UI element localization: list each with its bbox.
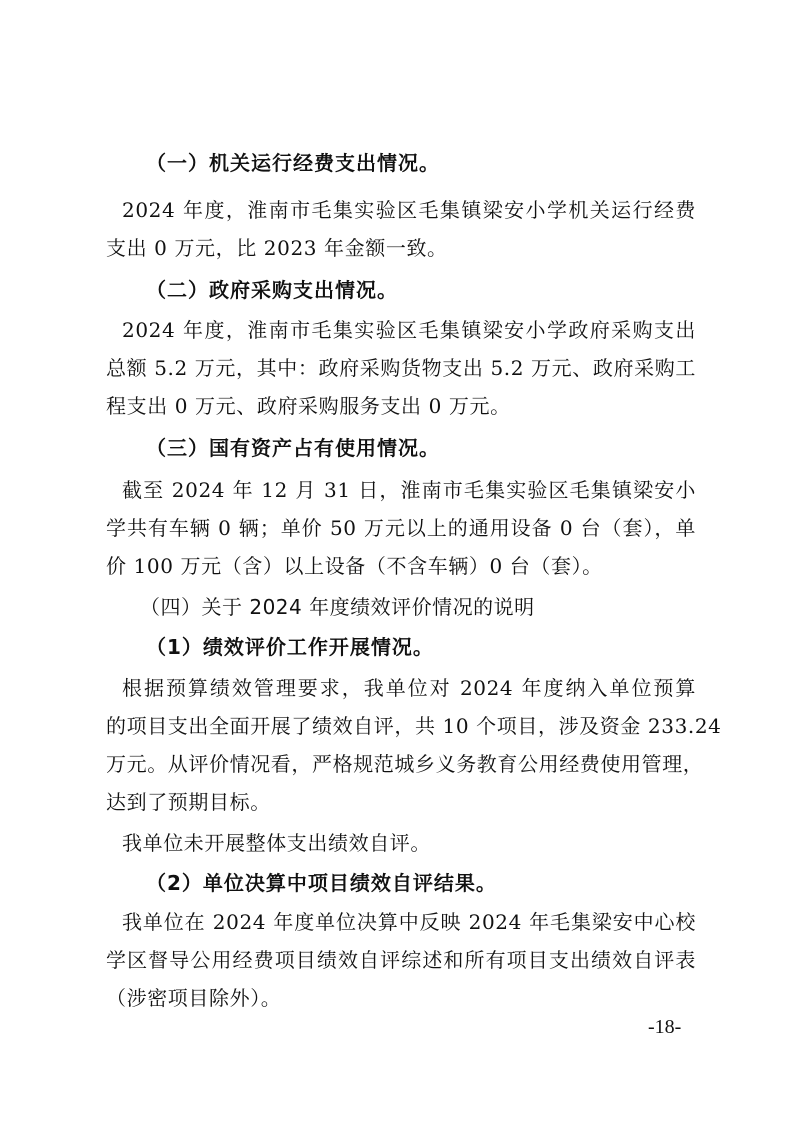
paragraph-line: 2024 年度，淮南市毛集实验区毛集镇梁安小学政府采购支出 (122, 317, 696, 343)
paragraph-line: 2024 年度，淮南市毛集实验区毛集镇梁安小学机关运行经费 (122, 197, 696, 223)
paragraph-line: 总额 5.2 万元，其中：政府采购货物支出 5.2 万元、政府采购工 (106, 355, 696, 381)
paragraph-line: 根据预算绩效管理要求，我单位对 2024 年度纳入单位预算 (122, 675, 696, 701)
paragraph-line: 达到了预期目标。 (106, 789, 680, 815)
section-heading-3: （三）国有资产占有使用情况。 (146, 435, 720, 461)
paragraph-line: 我单位在 2024 年度单位决算中反映 2024 年毛集梁安中心校 (122, 909, 696, 935)
paragraph-line: 支出 0 万元，比 2023 年金额一致。 (106, 235, 680, 261)
section-heading-4: （四）关于 2024 年度绩效评价情况的说明 (140, 594, 714, 620)
paragraph-line: 程支出 0 万元、政府采购服务支出 0 万元。 (106, 393, 680, 419)
paragraph-line: 学共有车辆 0 辆；单价 50 万元以上的通用设备 0 台（套），单 (106, 515, 696, 541)
paragraph-line: 我单位未开展整体支出绩效自评。 (122, 830, 696, 856)
paragraph-line: 学区督导公用经费项目绩效自评综述和所有项目支出绩效自评表 (106, 947, 696, 973)
paragraph-line: 的项目支出全面开展了绩效自评，共 10 个项目，涉及资金 233.24 (106, 713, 696, 739)
section-heading-2: （二）政府采购支出情况。 (146, 277, 720, 303)
page-number: -18- (648, 1016, 681, 1039)
subsection-heading-1: （1）绩效评价工作开展情况。 (146, 634, 720, 660)
paragraph-line: 价 100 万元（含）以上设备（不含车辆）0 台（套）。 (106, 553, 680, 579)
paragraph-line: 截至 2024 年 12 月 31 日，淮南市毛集实验区毛集镇梁安小 (122, 477, 696, 503)
section-heading-1: （一）机关运行经费支出情况。 (146, 150, 720, 176)
paragraph-line: 万元。从评价情况看，严格规范城乡义务教育公用经费使用管理， (106, 751, 696, 777)
subsection-heading-2: （2）单位决算中项目绩效自评结果。 (146, 870, 720, 896)
paragraph-line: （涉密项目除外）。 (106, 985, 680, 1011)
